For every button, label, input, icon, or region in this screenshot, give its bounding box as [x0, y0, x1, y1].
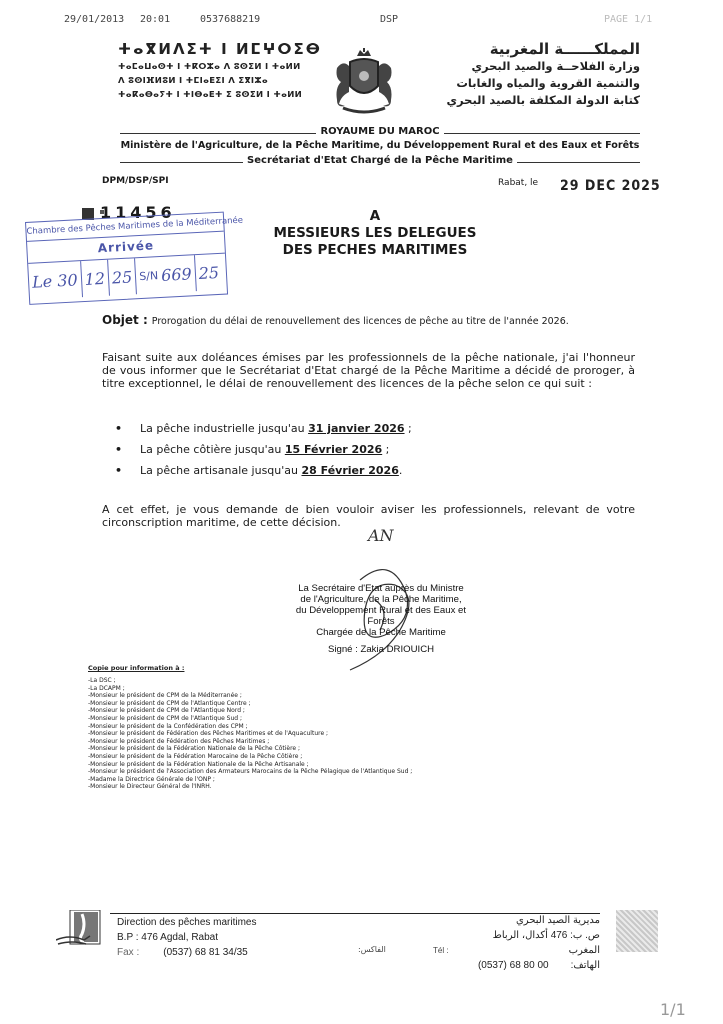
- fax-sender: DSP: [380, 14, 398, 25]
- fax-header: 29/01/2013 20:01 0537688219 DSP PAGE 1/1: [0, 14, 723, 30]
- fax-phone: 0537688219: [200, 14, 260, 25]
- place-label: Rabat, le: [498, 178, 538, 188]
- signatory-title: du Développement Rural et des Eaux et Fo…: [283, 605, 479, 627]
- royaume-text: ROYAUME DU MAROC: [316, 126, 443, 137]
- ministere-heading: Ministère de l'Agriculture, de la Pêche …: [100, 140, 660, 151]
- tifinagh-line: ⵜⴰⵎⴰⵡⴰⵙⵜ ⵏ ⵜⴽⵔⵣⴰ ⴷ ⵓⵙⵉⵍ ⵏ ⵜⴰⵍⵍ: [118, 62, 338, 72]
- footer-po-box-arabic: ص. ب: 476 أكدال، الرباط المغرب: [460, 928, 600, 958]
- arrival-stamp: Chambre des Pêches Maritimes de la Médit…: [25, 212, 228, 305]
- deadline-date: 31 janvier 2026: [308, 422, 404, 435]
- secretariat-heading: Secrétariat d'Etat Chargé de la Pêche Ma…: [120, 155, 640, 169]
- date-stamp: 29 DEC 2025: [560, 178, 661, 194]
- footer-address-fr: Direction des pêches maritimes B.P : 476…: [117, 915, 257, 960]
- addressee-line: A: [270, 208, 480, 225]
- reference-code: DPM/DSP/SPI: [102, 176, 169, 186]
- fax-date: 29/01/2013: [64, 14, 124, 25]
- letterhead-arabic: المملكــــــة المغربية وزارة الفلاحــة و…: [420, 40, 640, 109]
- list-item: -Monsieur le président de la Fédération …: [88, 753, 412, 761]
- tifinagh-title: ⵜⴰⴳⵍⴷⵉⵜ ⵏ ⵍⵎⵖⵔⵉⴱ: [118, 40, 338, 58]
- addressee: A MESSIEURS LES DELEGUES DES PECHES MARI…: [270, 208, 480, 259]
- arabic-line: والتنمية القروية والمياه والغابات: [420, 75, 640, 92]
- footer-org: Direction des pêches maritimes: [117, 915, 257, 930]
- deadline-date: 28 Février 2026: [301, 464, 398, 477]
- page-indicator: 1/1: [660, 1000, 686, 1019]
- stamp-sn-label: S/N: [139, 269, 159, 283]
- signatory-name: Signé : Zakia DRIOUICH: [283, 644, 479, 655]
- stamp-year: 25: [108, 258, 137, 295]
- arabic-title: المملكــــــة المغربية: [420, 40, 640, 58]
- stamp-day: Le 30: [28, 261, 82, 300]
- signatory-title: de l'Agriculture, de la Pêche Maritime,: [283, 594, 479, 605]
- royaume-heading: ROYAUME DU MAROC: [120, 126, 640, 140]
- subject-text: Prorogation du délai de renouvellement d…: [152, 316, 569, 327]
- list-item: -Monsieur le président de CPM de l'Atlan…: [88, 700, 412, 708]
- list-item: -Monsieur le président de CPM de l'Atlan…: [88, 707, 412, 715]
- copy-list-title: Copie pour information à :: [88, 664, 412, 672]
- stamp-sn-year: 25: [195, 254, 223, 291]
- fax-label: Fax :: [117, 947, 139, 958]
- footer-address-ar: مديرية الصيد البحري ص. ب: 476 أكدال، الر…: [460, 913, 600, 973]
- footer-org-arabic: مديرية الصيد البحري: [460, 913, 600, 928]
- list-item: La pêche artisanale jusqu'au 28 Février …: [115, 460, 412, 481]
- list-item: -Monsieur le président de la Fédération …: [88, 761, 412, 769]
- deadline-date: 15 Février 2026: [285, 443, 382, 456]
- stamp-month: 12: [81, 260, 110, 297]
- list-item: -La DCAPM ;: [88, 685, 412, 693]
- signatory-title: Chargée de la Pêche Maritime: [283, 627, 479, 638]
- list-item: -Madame la Directrice Générale de l'ONP …: [88, 776, 412, 784]
- letterhead-tifinagh: ⵜⴰⴳⵍⴷⵉⵜ ⵏ ⵍⵎⵖⵔⵉⴱ ⵜⴰⵎⴰⵡⴰⵙⵜ ⵏ ⵜⴽⵔⵣⴰ ⴷ ⵓⵙⵉⵍ…: [118, 40, 338, 100]
- list-item: -Monsieur le président de CPM de l'Atlan…: [88, 715, 412, 723]
- list-item: -Monsieur le président de l'Association …: [88, 768, 412, 776]
- addressee-line: MESSIEURS LES DELEGUES: [270, 225, 480, 242]
- footer-po-box: B.P : 476 Agdal, Rabat: [117, 930, 257, 945]
- tel-number: (0537) 68 80 00: [478, 960, 549, 971]
- list-item: -Monsieur le président de la Confédérati…: [88, 723, 412, 731]
- fax-label-arabic: الفاكس:: [358, 945, 386, 954]
- copy-list: Copie pour information à : -La DSC ;-La …: [88, 664, 412, 791]
- subject-line: Objet :Prorogation du délai de renouvell…: [102, 313, 569, 327]
- tel-label-arabic: الهاتف:: [571, 960, 600, 971]
- secretariat-text: Secrétariat d'Etat Chargé de la Pêche Ma…: [243, 155, 517, 166]
- tifinagh-line: ⴷ ⵓⵙⵏⴼⵍⵓⵍ ⵏ ⵜⵎⵏⴰⴹⵉⵏ ⴷ ⵉⴳⵏⵣⴰ: [118, 76, 338, 86]
- list-item: -Monsieur le président de la Fédération …: [88, 745, 412, 753]
- tel-label: Tél :: [433, 946, 449, 955]
- tifinagh-line: ⵜⴰⴽⴰⴱⴰⵢⵜ ⵏ ⵜⵏⴱⴰⴹⵜ ⵉ ⵓⵙⵉⵍ ⵏ ⵜⴰⵍⵍ: [118, 90, 338, 100]
- fax-number: (0537) 68 81 34/35: [163, 947, 248, 958]
- body-paragraph: Faisant suite aux doléances émises par l…: [102, 351, 635, 390]
- footer-pattern-icon: [616, 910, 658, 952]
- list-item: -Monsieur le Directeur Général de l'INRH…: [88, 783, 412, 791]
- list-item: -Monsieur le président de CPM de la Médi…: [88, 692, 412, 700]
- list-item: -Monsieur le président de Fédération des…: [88, 730, 412, 738]
- fax-page: PAGE 1/1: [604, 14, 652, 25]
- fisheries-logo-icon: [56, 910, 102, 950]
- subject-label: Objet :: [102, 313, 148, 327]
- addressee-line: DES PECHES MARITIMES: [270, 242, 480, 259]
- list-item: La pêche côtière jusqu'au 15 Février 202…: [115, 439, 412, 460]
- list-item: -Monsieur le président de Fédération des…: [88, 738, 412, 746]
- list-item: La pêche industrielle jusqu'au 31 janvie…: [115, 418, 412, 439]
- fax-time: 20:01: [140, 14, 170, 25]
- signature-block: La Secrétaire d'Etat auprès du Ministre …: [283, 583, 479, 655]
- moroccan-coat-of-arms-icon: [333, 48, 395, 116]
- arabic-line: كتابة الدولة المكلفة بالصيد البحري: [420, 92, 640, 109]
- stamp-sn: S/N669: [135, 255, 196, 294]
- list-item: -La DSC ;: [88, 677, 412, 685]
- deadline-list: La pêche industrielle jusqu'au 31 janvie…: [115, 418, 412, 481]
- signatory-title: La Secrétaire d'Etat auprès du Ministre: [283, 583, 479, 594]
- paraphe-initials: AN: [368, 526, 394, 545]
- arabic-line: وزارة الفلاحــة والصيد البحري: [420, 58, 640, 75]
- stamp-sn-number: 669: [161, 264, 192, 285]
